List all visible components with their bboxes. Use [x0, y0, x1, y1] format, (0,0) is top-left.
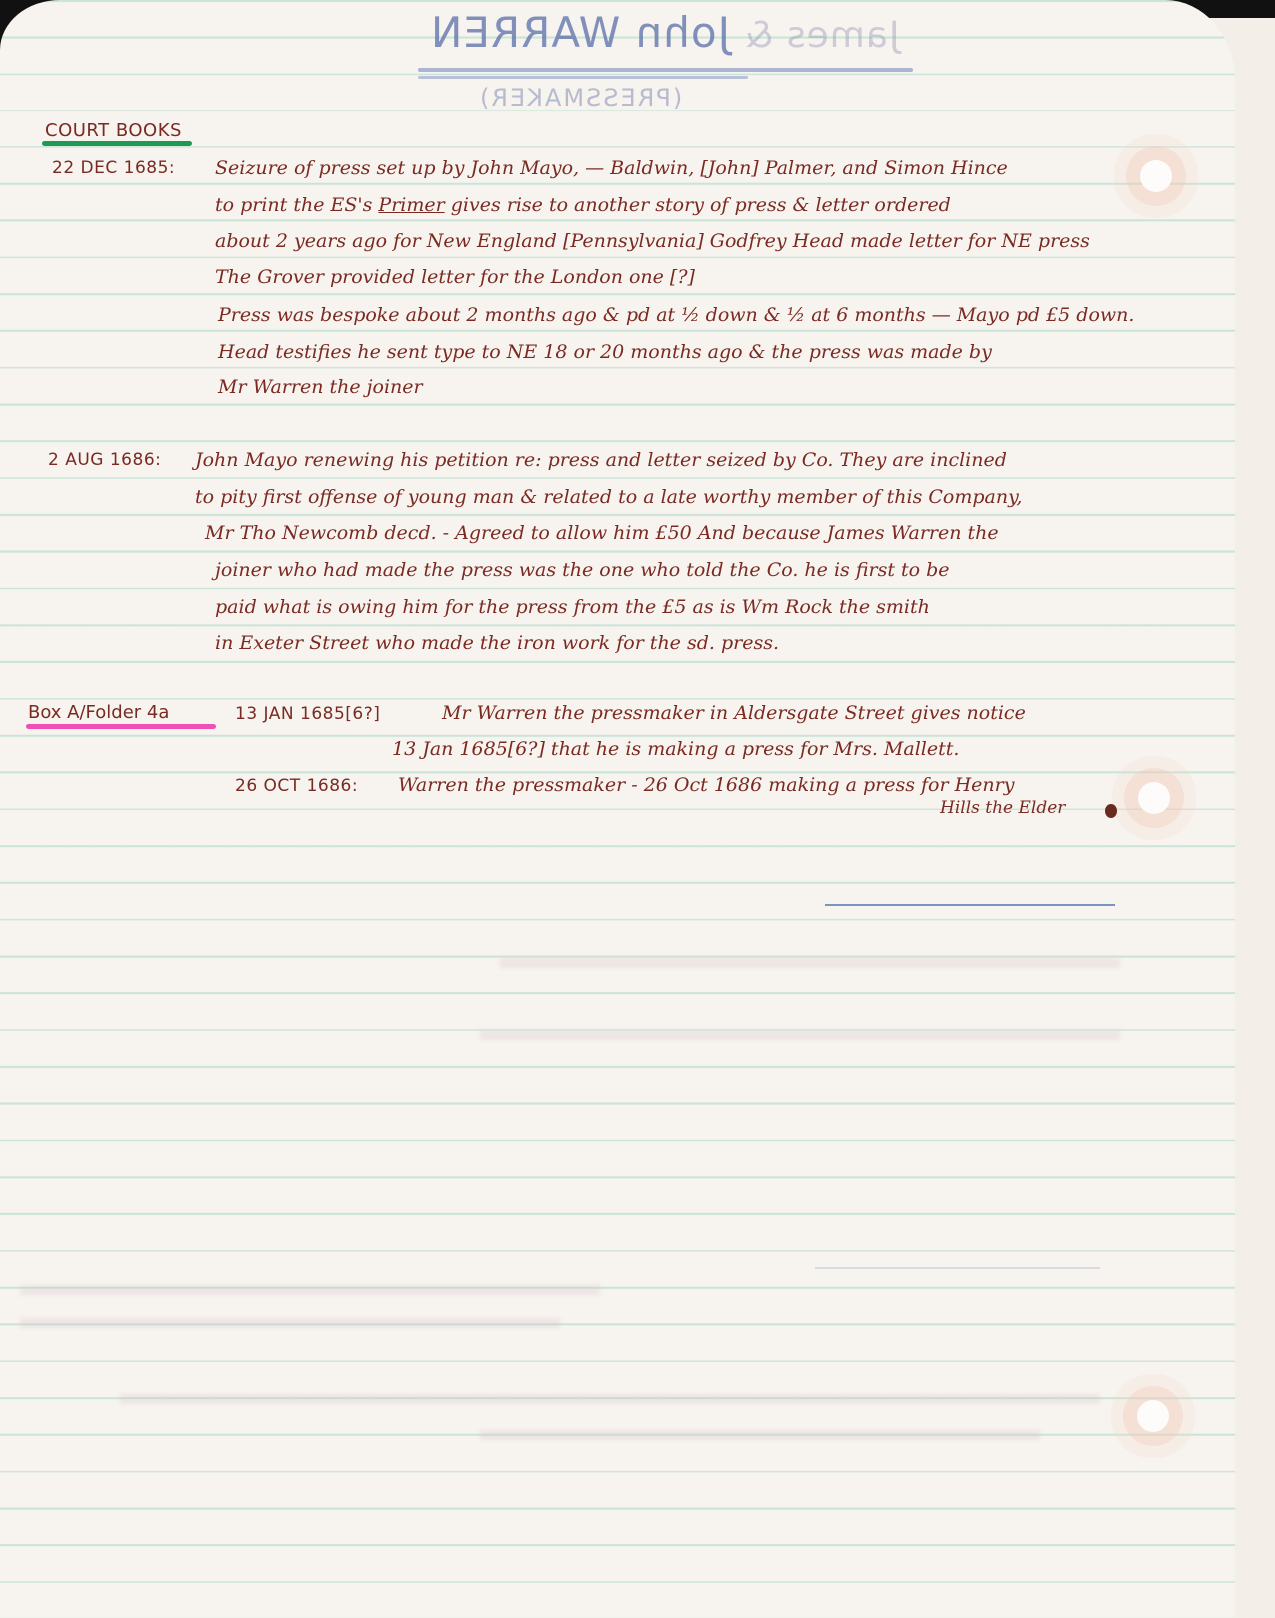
bleed-through [480, 1430, 1040, 1440]
bleed-through [120, 1394, 1100, 1404]
card-subtitle: (PRESSMAKER) [478, 84, 682, 112]
entry-line: to print the ES's Primer gives rise to a… [215, 194, 951, 216]
section-heading-box-folder: Box A/Folder 4a [28, 702, 169, 723]
entry-date: 26 OCT 1686: [235, 776, 358, 796]
entry-line: in Exeter Street who made the iron work … [215, 632, 779, 654]
title-underline [418, 68, 913, 72]
bleed-through-rule [825, 904, 1115, 906]
entry-line: The Grover provided letter for the Londo… [215, 266, 695, 288]
entry-line: joiner who had made the press was the on… [215, 559, 950, 581]
hole-punch [1137, 1400, 1169, 1432]
underlined-title: Primer [378, 194, 444, 216]
section-heading-court-books: COURT BOOKS [45, 120, 182, 141]
entry-line: Press was bespoke about 2 months ago & p… [218, 304, 1134, 326]
entry-line: Mr Warren the joiner [218, 376, 423, 398]
entry-line: John Mayo renewing his petition re: pres… [195, 449, 1007, 471]
entry-line: to pity first offense of young man & rel… [195, 486, 1022, 508]
entry-date: 22 DEC 1685: [52, 158, 175, 178]
entry-line: paid what is owing him for the press fro… [215, 596, 930, 618]
hole-punch [1138, 782, 1170, 814]
entry-line: Mr Warren the pressmaker in Aldersgate S… [442, 702, 1026, 724]
entry-line: Warren the pressmaker - 26 Oct 1686 maki… [398, 774, 1014, 796]
entry-line: Mr Tho Newcomb decd. - Agreed to allow h… [205, 522, 999, 544]
entry-date: 13 JAN 1685[6?] [235, 704, 380, 724]
entry-line: Seizure of press set up by John Mayo, — … [215, 157, 1008, 179]
bleed-through [20, 1318, 560, 1328]
ink-blot [1105, 804, 1117, 818]
index-card: James & John WARREN (PRESSMAKER) COURT B… [0, 0, 1235, 1618]
entry-line: 13 Jan 1685[6?] that he is making a pres… [392, 738, 959, 760]
title-underline [418, 76, 748, 79]
entry-date: 2 AUG 1686: [48, 450, 161, 470]
hole-punch [1140, 160, 1172, 192]
pink-highlight [26, 724, 216, 729]
entry-line: about 2 years ago for New England [Penns… [215, 230, 1090, 252]
bleed-through [500, 958, 1120, 968]
bleed-through [20, 1285, 600, 1295]
bleed-through-rule [815, 1267, 1100, 1269]
title-name: John WARREN [430, 8, 730, 57]
bleed-through [480, 1030, 1120, 1040]
entry-line: Head testifies he sent type to NE 18 or … [218, 341, 992, 363]
title-prefix: James & [744, 15, 899, 56]
green-highlight [42, 141, 192, 146]
scanned-card: James & John WARREN (PRESSMAKER) COURT B… [0, 0, 1275, 1618]
entry-line: Hills the Elder [940, 798, 1065, 818]
card-title: James & John WARREN [430, 8, 900, 57]
